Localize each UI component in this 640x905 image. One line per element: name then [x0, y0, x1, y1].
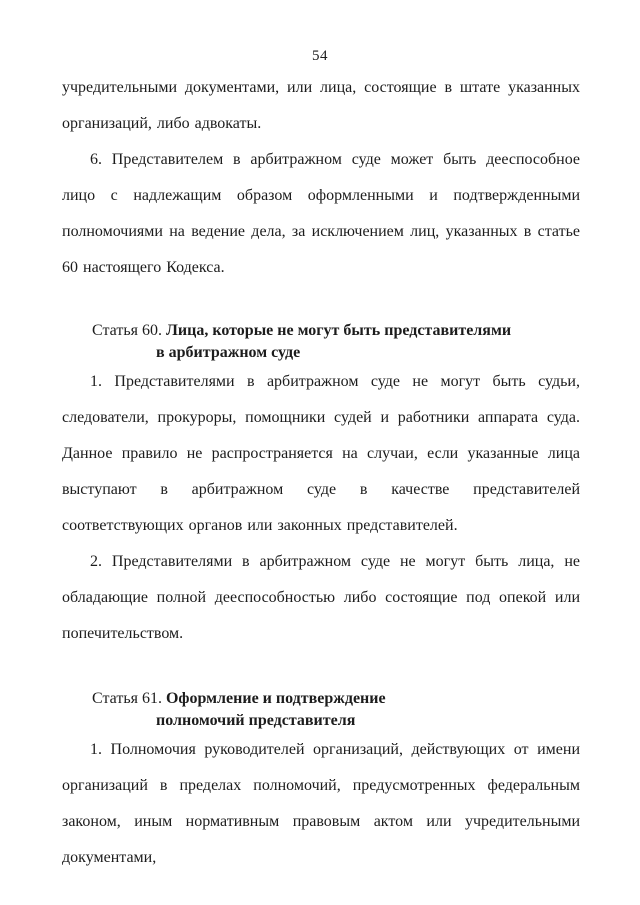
document-content: учредительными документами, или лица, со…	[62, 70, 580, 876]
article-60-title-line1: Лица, которые не могут быть представител…	[166, 322, 511, 339]
article-60-number: Статья 60.	[92, 322, 162, 339]
article-60-heading: Статья 60. Лица, которые не могут быть п…	[92, 320, 580, 364]
article-60-paragraph-2: 2. Представителями в арбитражном суде не…	[62, 544, 580, 652]
article-61-heading: Статья 61. Оформление и подтверждение по…	[92, 688, 580, 732]
document-page: 54 учредительными документами, или лица,…	[0, 0, 640, 905]
article-61-paragraph-1: 1. Полномочия руководителей организаций,…	[62, 732, 580, 876]
paragraph-item-6: 6. Представителем в арбитражном суде мож…	[62, 142, 580, 286]
article-61-title-line2: полномочий представителя	[92, 710, 580, 732]
article-60-title-line2: в арбитражном суде	[92, 342, 580, 364]
article-60-heading-line1: Статья 60. Лица, которые не могут быть п…	[92, 320, 580, 342]
page-number: 54	[0, 0, 640, 66]
article-60-paragraph-1: 1. Представителями в арбитражном суде не…	[62, 364, 580, 544]
article-61-title-line1: Оформление и подтверждение	[166, 690, 386, 707]
article-61-number: Статья 61.	[92, 690, 162, 707]
paragraph-continuation: учредительными документами, или лица, со…	[62, 70, 580, 142]
article-61-heading-line1: Статья 61. Оформление и подтверждение	[92, 688, 580, 710]
